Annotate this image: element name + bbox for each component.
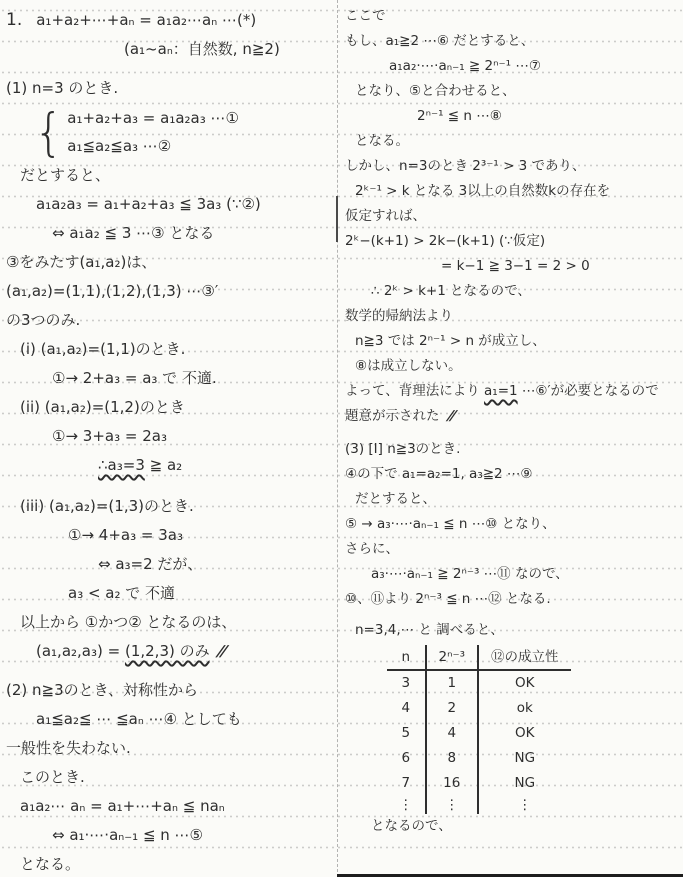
cell-n: 4	[387, 696, 426, 721]
spacer	[6, 64, 332, 74]
table-header-row: n 2ⁿ⁻³ ⑫の成立性	[387, 645, 571, 670]
final-pre: (a₁,a₂,a₃) =	[36, 642, 125, 660]
note-line: 以上から ①かつ② となるのは、	[20, 608, 332, 637]
main-equation: a₁+a₂+⋯+aₙ = a₁a₂⋯aₙ ⋯(*)	[36, 11, 256, 29]
note-line: となり、⑤と合わせると、	[355, 79, 679, 104]
note-line: ①→ 4+a₃ = 3a₃	[68, 521, 332, 550]
note-line: ⑧は成立しない。	[355, 354, 679, 379]
table-row: 3 1 OK	[387, 670, 571, 696]
left-column: 1.a₁+a₂+⋯+aₙ = a₁a₂⋯aₙ ⋯(*) (a₁~aₙ：自然数, …	[6, 0, 332, 877]
table-outro-line: となるので、	[371, 814, 679, 839]
note-line: となる。	[20, 850, 332, 877]
cell-n: ⋮	[387, 796, 426, 814]
cell-validity: OK	[478, 670, 571, 696]
system-equations: a₁+a₂+a₃ = a₁a₂a₃ ⋯① a₁≦a₂≦a₃ ⋯②	[67, 104, 239, 160]
table-row: 7 16 NG	[387, 771, 571, 796]
note-line: a₁a₂⋯ aₙ = a₁+⋯+aₙ ≦ naₙ	[20, 792, 332, 821]
qed-mark: //	[445, 404, 456, 429]
spacer	[6, 480, 332, 492]
conclusion-text: 題意が示された	[345, 408, 440, 424]
note-line: ∴ 2ᵏ > k+1 となるので、	[371, 279, 679, 304]
contradiction-post: ⋯⑥′が必要となるので	[518, 383, 659, 399]
table-row: 6 8 NG	[387, 746, 571, 771]
note-line: もし、a₁≧2 ⋯⑥ だとすると、	[345, 29, 679, 54]
note-line: 2ⁿ⁻¹ ≦ n ⋯⑧	[417, 104, 679, 129]
cell-validity: NG	[478, 771, 571, 796]
note-line: ③をみたす(a₁,a₂)は、	[6, 248, 332, 277]
a3-conclusion-line: ∴a₃=3 ≧ a₂	[98, 451, 332, 480]
note-line: 数学的帰納法より	[345, 304, 679, 329]
equation-2: a₁≦a₂≦a₃ ⋯②	[67, 132, 239, 160]
table-intro-line: n=3,4,⋯ と 調べると、	[355, 618, 679, 643]
conclusion-rest: ≧ a₂	[145, 456, 182, 474]
result-table: n 2ⁿ⁻³ ⑫の成立性 3 1 OK 4 2 ok 5 4	[387, 645, 571, 814]
cell-n: 7	[387, 771, 426, 796]
system-of-equations: { a₁+a₂+a₃ = a₁a₂a₃ ⋯① a₁≦a₂≦a₃ ⋯②	[34, 103, 332, 161]
cell-power: 8	[426, 746, 479, 771]
table-header-power: 2ⁿ⁻³	[426, 645, 479, 670]
note-line: (i) (a₁,a₂)=(1,1)のとき.	[20, 335, 332, 364]
table-header-validity: ⑫の成立性	[478, 645, 571, 670]
note-line: ⑩、⑪より 2ⁿ⁻³ ≦ n ⋯⑫ となる.	[345, 587, 679, 612]
conclusion-line: 題意が示された//	[345, 404, 679, 429]
cell-validity: NG	[478, 746, 571, 771]
notebook-page: 1.a₁+a₂+⋯+aₙ = a₁a₂⋯aₙ ⋯(*) (a₁~aₙ：自然数, …	[0, 0, 683, 877]
spacer	[345, 429, 679, 437]
case3-title: (3) [Ⅰ] n≧3のとき.	[345, 437, 679, 462]
problem-number: 1.	[6, 10, 22, 30]
cell-n: 6	[387, 746, 426, 771]
note-line: 2ᵏ−(k+1) > 2k−(k+1) (∵仮定)	[345, 229, 679, 254]
note-line: = k−1 ≧ 3−1 = 2 > 0	[441, 254, 679, 279]
note-line: ①→ 2+a₃ = a₃ で 不適.	[52, 364, 332, 393]
note-line: ここで	[345, 4, 679, 29]
cell-power: 4	[426, 721, 479, 746]
wavy-underline-text: (1,2,3) のみ	[125, 642, 210, 660]
cell-n: 5	[387, 721, 426, 746]
problem-statement: 1.a₁+a₂+⋯+aₙ = a₁a₂⋯aₙ ⋯(*)	[6, 6, 332, 35]
note-line: ⇔ a₃=2 だが、	[98, 550, 332, 579]
note-line: ⇔ a₁·⋯·aₙ₋₁ ≦ n ⋯⑤	[52, 821, 332, 850]
wavy-underline-text: ∴a₃=3	[98, 456, 145, 474]
note-line: a₃ < a₂ で 不適	[68, 579, 332, 608]
note-line: (iii) (a₁,a₂)=(1,3)のとき.	[20, 492, 332, 521]
note-line: だとすると、	[355, 487, 679, 512]
note-line: a₁a₂·⋯·aₙ₋₁ ≧ 2ⁿ⁻¹ ⋯⑦	[389, 54, 679, 79]
variable-condition: (a₁~aₙ：自然数, n≧2)	[124, 35, 332, 64]
note-line: (ii) (a₁,a₂)=(1,2)のとき	[20, 393, 332, 422]
contradiction-line: よって、背理法により a₁=1 ⋯⑥′が必要となるので	[345, 379, 679, 404]
note-line: さらに、	[345, 537, 679, 562]
note-line: ⑤ → a₃·⋯·aₙ₋₁ ≦ n ⋯⑩ となり、	[345, 512, 679, 537]
column-divider	[337, 0, 338, 877]
note-line: (a₁,a₂)=(1,1),(1,2),(1,3) ⋯③′	[6, 277, 332, 306]
note-line: a₃·⋯·aₙ₋₁ ≧ 2ⁿ⁻³ ⋯⑪ なので、	[371, 562, 679, 587]
wavy-underline-text: a₁=1	[484, 383, 518, 399]
note-line: n≧3 では 2ⁿ⁻¹ > n が成立し、	[355, 329, 679, 354]
note-line: ①→ 3+a₃ = 2a₃	[52, 422, 332, 451]
qed-mark: //	[215, 637, 228, 666]
cell-validity: OK	[478, 721, 571, 746]
cell-power: 1	[426, 670, 479, 696]
case1-final-answer: (a₁,a₂,a₃) = (1,2,3) のみ//	[36, 637, 332, 666]
note-line: ⇔ a₁a₂ ≦ 3 ⋯③ となる	[52, 219, 332, 248]
cell-n: 3	[387, 670, 426, 696]
cell-power: 16	[426, 771, 479, 796]
note-line: ④の下で a₁=a₂=1, a₃≧2 ⋯⑨	[345, 462, 679, 487]
table-row: 5 4 OK	[387, 721, 571, 746]
note-line: このとき.	[20, 763, 332, 792]
divider-mark	[336, 196, 338, 242]
note-line: a₁a₂a₃ = a₁+a₂+a₃ ≦ 3a₃ (∵②)	[36, 190, 332, 219]
case2-title: (2) n≧3のとき、対称性から	[6, 676, 332, 705]
cell-power: ⋮	[426, 796, 479, 814]
cell-validity: ok	[478, 696, 571, 721]
table-header-n: n	[387, 645, 426, 670]
note-line: 2ᵏ⁻¹ > k となる 3以上の自然数kの存在を	[355, 179, 679, 204]
table-row: 4 2 ok	[387, 696, 571, 721]
table-row-ellipsis: ⋮ ⋮ ⋮	[387, 796, 571, 814]
brace-icon: {	[34, 100, 63, 164]
contradiction-pre: よって、背理法により	[345, 383, 484, 399]
note-line: しかし、n=3のとき 2³⁻¹ > 3 であり、	[345, 154, 679, 179]
note-line: だとすると、	[20, 161, 332, 190]
note-line: 一般性を失わない.	[6, 734, 332, 763]
right-column: ここで もし、a₁≧2 ⋯⑥ だとすると、 a₁a₂·⋯·aₙ₋₁ ≧ 2ⁿ⁻¹…	[345, 0, 679, 877]
note-line: の3つのみ.	[6, 306, 332, 335]
cell-power: 2	[426, 696, 479, 721]
case1-title: (1) n=3 のとき.	[6, 74, 332, 103]
equation-1: a₁+a₂+a₃ = a₁a₂a₃ ⋯①	[67, 104, 239, 132]
cell-validity: ⋮	[478, 796, 571, 814]
note-line: a₁≦a₂≦ ⋯ ≦aₙ ⋯④ としても	[36, 705, 332, 734]
note-line: となる。	[355, 129, 679, 154]
spacer	[6, 666, 332, 676]
note-line: 仮定すれば、	[345, 204, 679, 229]
